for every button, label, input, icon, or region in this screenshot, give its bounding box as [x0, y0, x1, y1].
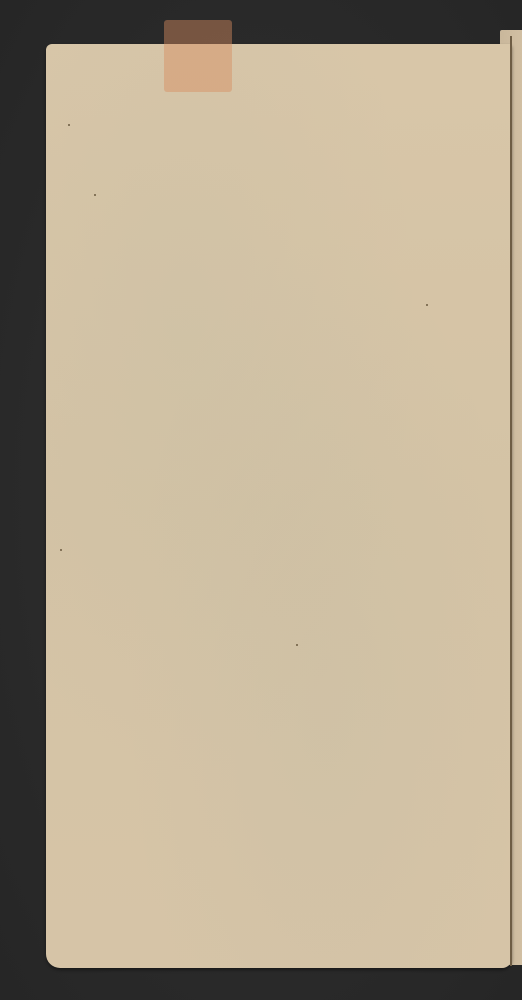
- paper-speck: [426, 304, 428, 306]
- paper-speck: [94, 194, 96, 196]
- seal-stamp: [164, 20, 232, 92]
- paper-speck: [296, 644, 298, 646]
- paper-speck: [60, 549, 62, 551]
- book-page: [46, 44, 512, 968]
- page-gutter: [510, 36, 512, 966]
- paper-speck: [68, 124, 70, 126]
